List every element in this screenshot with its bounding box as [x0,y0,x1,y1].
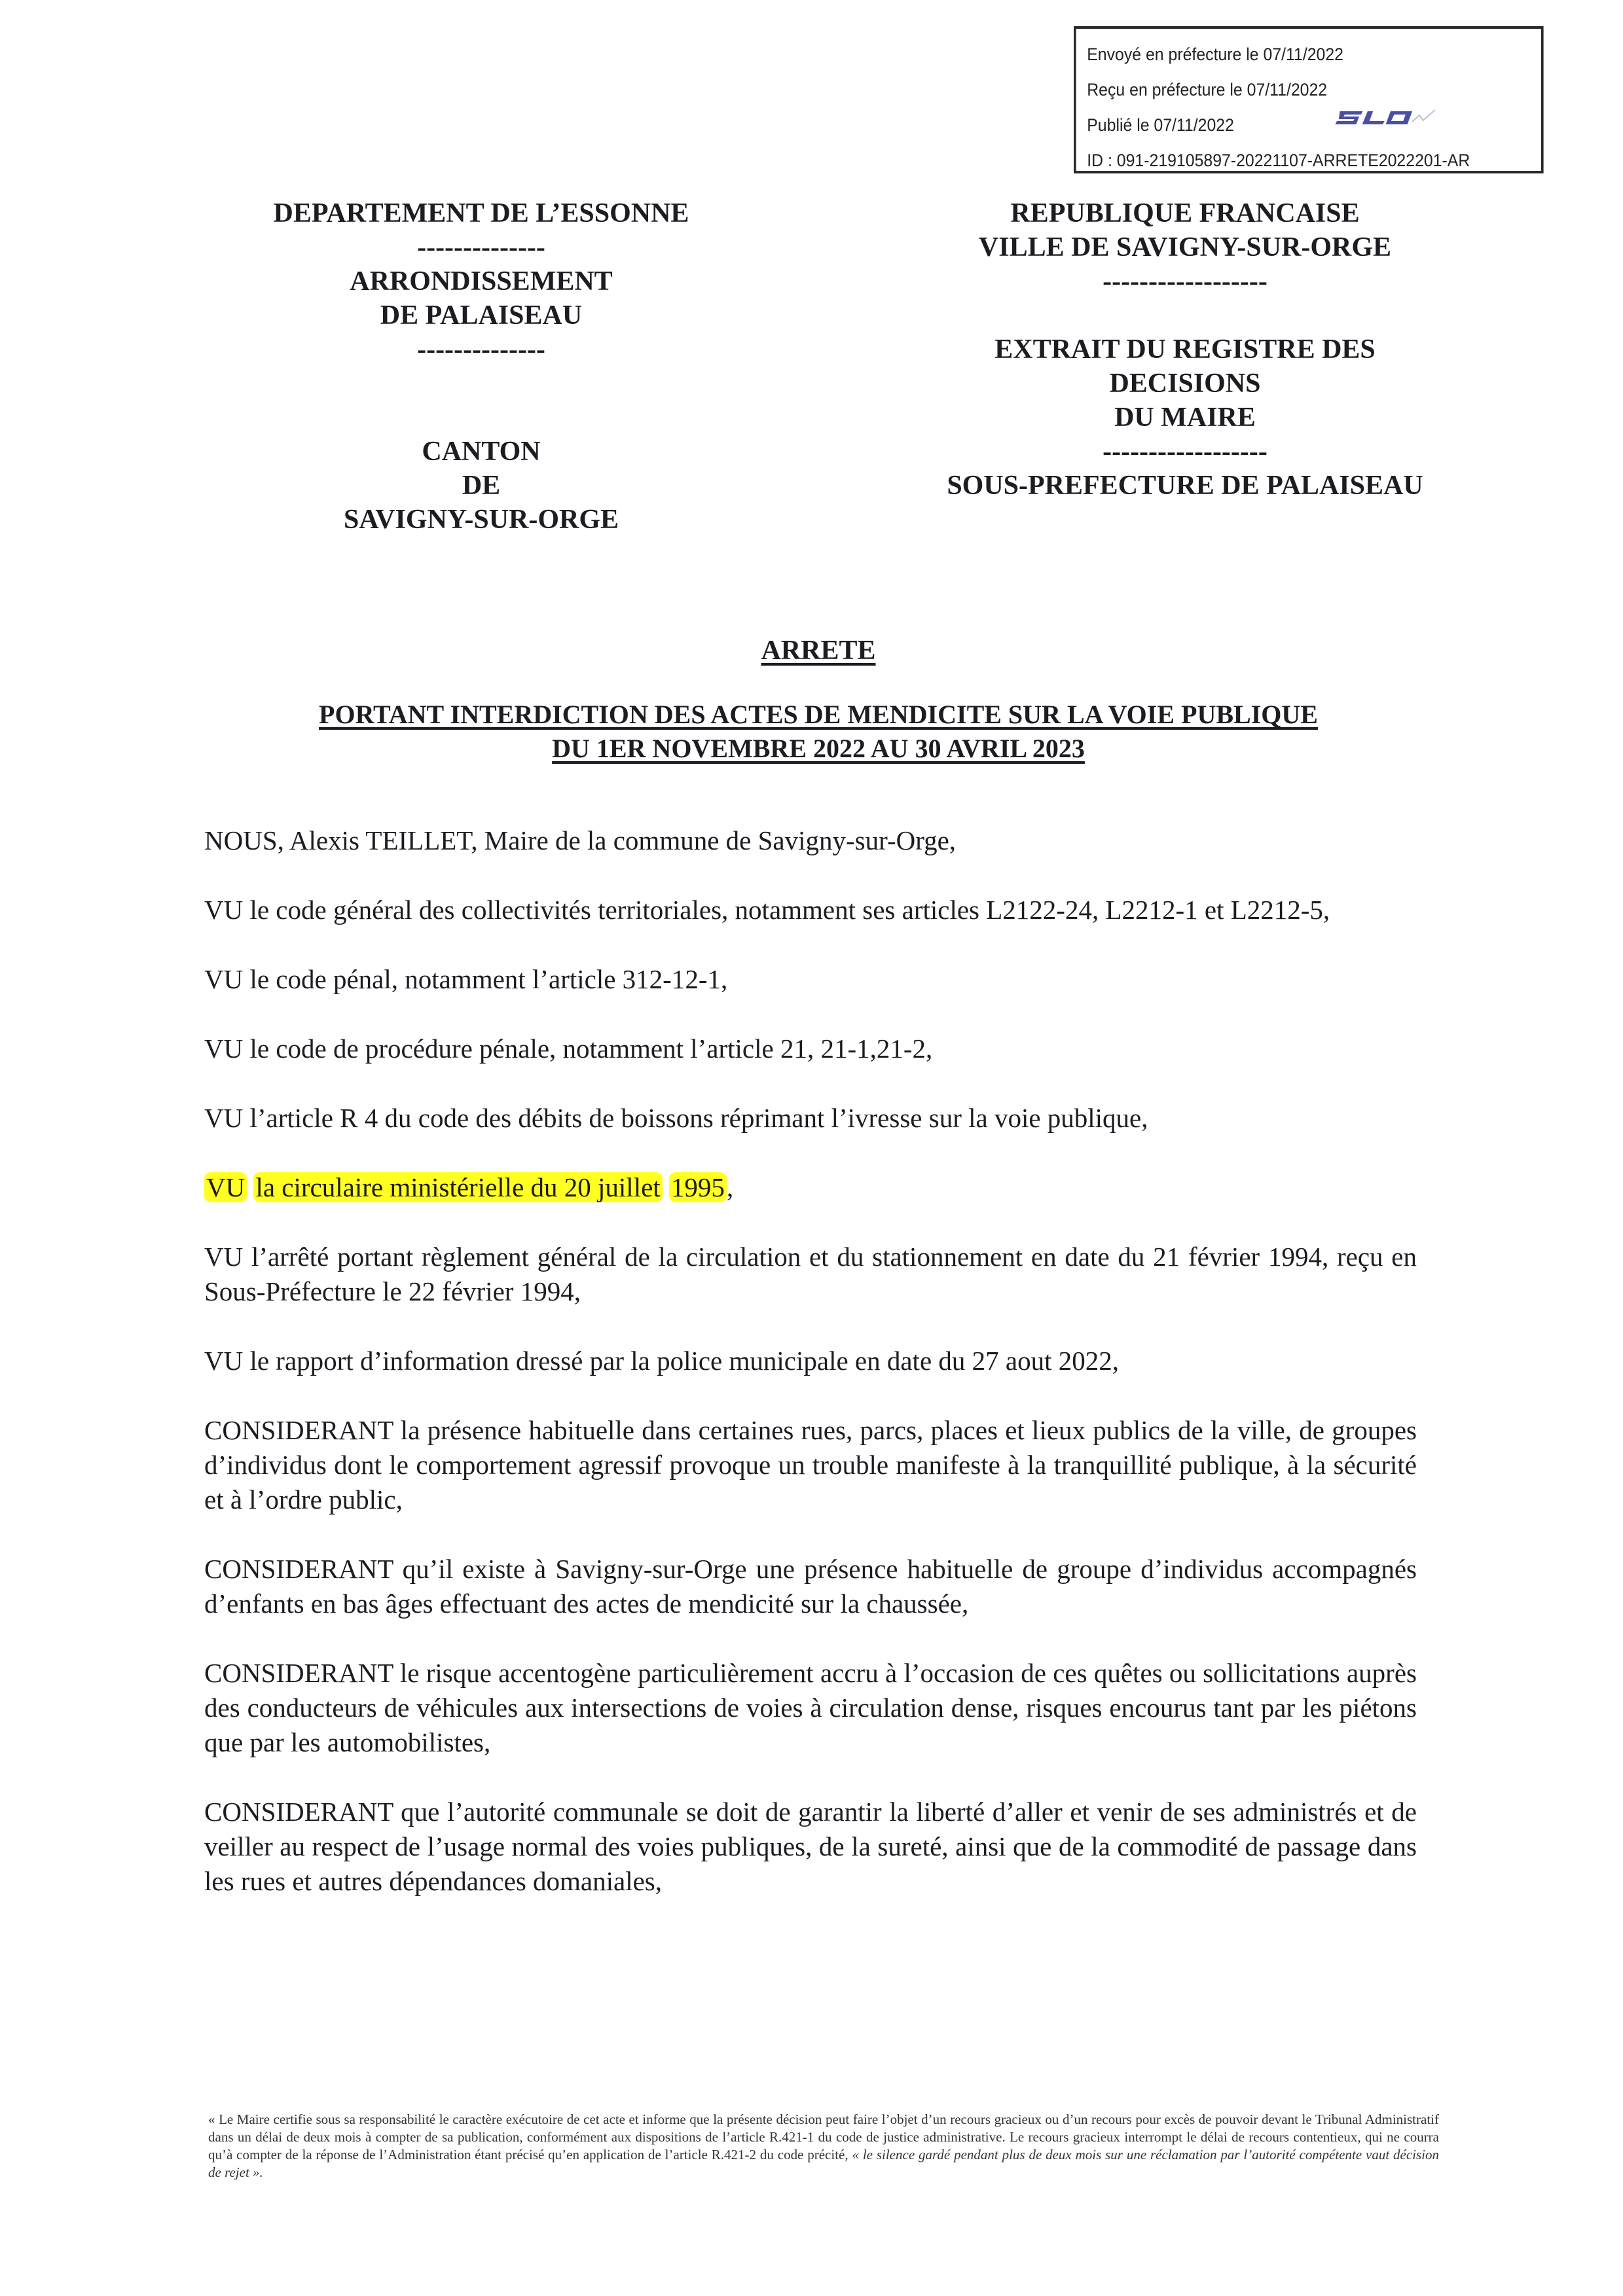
considerant-paragraph: CONSIDERANT qu’il existe à Savigny-sur-O… [204,1552,1417,1621]
document-title: ARRETE PORTANT INTERDICTION DES ACTES DE… [196,634,1440,766]
vu-paragraph: VU l’article R 4 du code des débits de b… [204,1101,1417,1136]
separator: ------------------ [917,435,1453,469]
separator: -------------- [232,230,730,264]
transmission-stamp: Envoyé en préfecture le 07/11/2022 Reçu … [1074,26,1544,173]
canton-line3: SAVIGNY-SUR-ORGE [232,503,730,537]
subprefecture-name: SOUS-PREFECTURE DE PALAISEAU [917,469,1453,503]
arrondissement-line2: DE PALAISEAU [232,298,730,332]
department-name: DEPARTEMENT DE L’ESSONNE [232,196,730,230]
legal-notice-footer: « Le Maire certifie sous sa responsabili… [208,2111,1439,2181]
vu-paragraph: VU le code général des collectivités ter… [204,893,1417,927]
stamp-published-date: Publié le 07/11/2022 [1087,111,1541,147]
vu-paragraph: VU le code pénal, notamment l’article 31… [204,962,1417,997]
city-name: VILLE DE SAVIGNY-SUR-ORGE [917,230,1453,264]
vu-paragraph: VU le code de procédure pénale, notammen… [204,1031,1417,1066]
stamp-sent-date: Envoyé en préfecture le 07/11/2022 [1087,41,1541,76]
header-administrative-right: REPUBLIQUE FRANCAISE VILLE DE SAVIGNY-SU… [917,196,1453,503]
considerant-paragraph: CONSIDERANT que l’autorité communale se … [204,1795,1417,1899]
title-heading: ARRETE [196,634,1440,668]
arrondissement-line1: ARRONDISSEMENT [232,264,730,298]
canton-line1: CANTON [232,435,730,469]
vu-paragraph: VU l’arrêté portant règlement général de… [204,1240,1417,1309]
register-line3: DU MAIRE [917,401,1453,435]
stamp-act-id: ID : 091-219105897-20221107-ARRETE202220… [1087,147,1541,182]
highlight-prefix: VU [204,1172,247,1202]
stamp-received-date: Reçu en préfecture le 07/11/2022 [1087,76,1541,111]
slo-logo-icon [1335,106,1437,130]
vu-paragraph-highlighted: VU la circulaire ministérielle du 20 jui… [204,1170,1417,1205]
register-line2: DECISIONS [917,367,1453,401]
header-administrative-left: DEPARTEMENT DE L’ESSONNE -------------- … [232,196,730,537]
title-subject-line2: DU 1ER NOVEMBRE 2022 AU 30 AVRIL 2023 [196,732,1440,766]
separator: ------------------ [917,264,1453,298]
document-body: NOUS, Alexis TEILLET, Maire de la commun… [204,823,1417,1933]
considerant-paragraph: CONSIDERANT le risque accentogène partic… [204,1656,1417,1760]
separator: -------------- [232,332,730,367]
republic-name: REPUBLIQUE FRANCAISE [917,196,1453,230]
highlight-text: la circulaire ministérielle du 20 juille… [253,1172,662,1202]
title-subject-line1: PORTANT INTERDICTION DES ACTES DE MENDIC… [196,698,1440,732]
considerant-paragraph: CONSIDERANT la présence habituelle dans … [204,1413,1417,1517]
highlight-suffix: , [727,1172,733,1202]
intro-paragraph: NOUS, Alexis TEILLET, Maire de la commun… [204,823,1417,858]
canton-line2: DE [232,469,730,503]
vu-paragraph: VU le rapport d’information dressé par l… [204,1344,1417,1378]
register-line1: EXTRAIT DU REGISTRE DES [917,332,1453,367]
highlight-year: 1995 [669,1172,727,1202]
